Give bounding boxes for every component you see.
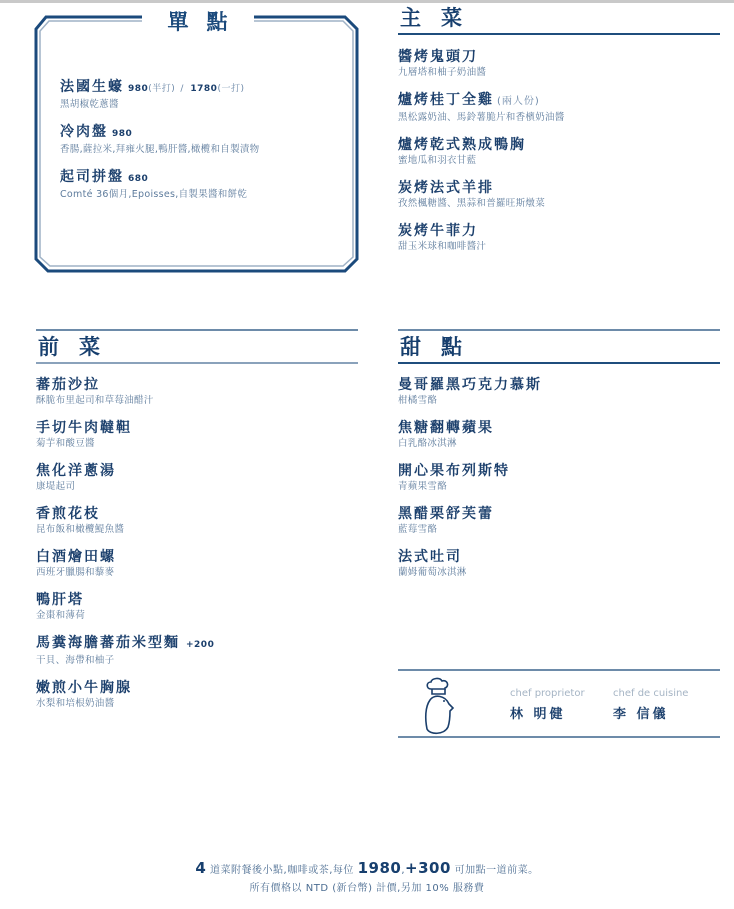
chef-proprietor: chef proprietor 林 明健 [510, 687, 585, 722]
item-desc: 昆布飯和橄欖鯷魚醬 [36, 523, 358, 536]
menu-item: 馬糞海膽蕃茄米型麵+200 干貝、海帶和柚子 [36, 634, 358, 667]
item-name: 炭烤牛菲力 [398, 222, 720, 240]
item-portion: (兩人份) [497, 96, 540, 107]
course-count: 4 [195, 859, 206, 877]
item-desc: 水梨和培根奶油醬 [36, 697, 358, 710]
item-desc: 干貝、海帶和柚子 [36, 654, 358, 667]
alacarte-items: 法國生蠔980(半打)/1780(一打) 黑胡椒乾蔥醬 冷肉盤980 香腸,薩拉… [60, 78, 259, 213]
item-name: 法國生蠔 [60, 79, 124, 95]
item-name: 炭烤法式羊排 [398, 179, 720, 197]
chef-icon [420, 677, 460, 735]
chef-credits: chef proprietor 林 明健 chef de cuisine 李 信… [398, 669, 720, 738]
item-name: 醬烤鬼頭刀 [398, 48, 720, 66]
menu-item: 開心果布列斯特 青蘋果雪酪 [398, 462, 720, 493]
menu-item: 法式吐司 蘭姆葡萄冰淇淋 [398, 548, 720, 579]
item-note-half: (半打) [148, 84, 175, 94]
menu-item: 醬烤鬼頭刀 九層塔和柚子奶油醬 [398, 48, 720, 79]
alacarte-box: 單點 法國生蠔980(半打)/1780(一打) 黑胡椒乾蔥醬 冷肉盤980 香腸… [34, 15, 359, 273]
menu-item: 白酒燴田螺 西班牙臘腸和藜麥 [36, 548, 358, 579]
menu-item: 炭烤法式羊排 孜然楓糖醬、黑蒜和普羅旺斯燉菜 [398, 179, 720, 210]
chef-role: chef proprietor [510, 687, 585, 700]
menu-item: 爐烤桂丁全雞(兩人份) 黑松露奶油、馬鈴薯脆片和香檳奶油醬 [398, 91, 720, 124]
menu-item: 手切牛肉韃靼 菊芋和酸豆醬 [36, 419, 358, 450]
item-name: 曼哥羅黑巧克力慕斯 [398, 376, 720, 394]
item-desc: 香腸,薩拉米,拜雍火腿,鴨肝醬,橄欖和自製漬物 [60, 143, 259, 156]
item-price: +200 [186, 640, 214, 650]
item-name: 黑醋栗舒芙蕾 [398, 505, 720, 523]
item-desc: 酥脆布里起司和草莓油醋汁 [36, 394, 358, 407]
section-rule [36, 362, 358, 364]
menu-item: 法國生蠔980(半打)/1780(一打) 黑胡椒乾蔥醬 [60, 78, 259, 111]
item-desc: Comté 36個月,Epoisses,自製果醬和餅乾 [60, 188, 259, 201]
chef-role: chef de cuisine [613, 687, 688, 700]
item-name: 白酒燴田螺 [36, 548, 358, 566]
chef-de-cuisine: chef de cuisine 李 信儀 [613, 687, 688, 722]
item-name: 鴨肝塔 [36, 591, 358, 609]
item-price-dozen: 1780 [190, 84, 217, 94]
menu-item: 曼哥羅黑巧克力慕斯 柑橘雪酪 [398, 376, 720, 407]
item-desc: 蜜地瓜和羽衣甘藍 [398, 154, 720, 167]
item-name: 起司拼盤 [60, 169, 124, 185]
menu-item: 冷肉盤980 香腸,薩拉米,拜雍火腿,鴨肝醬,橄欖和自製漬物 [60, 123, 259, 156]
item-desc: 西班牙臘腸和藜麥 [36, 566, 358, 579]
menu-item: 香煎花枝 昆布飯和橄欖鯷魚醬 [36, 505, 358, 536]
item-name: 馬糞海膽蕃茄米型麵 [36, 635, 180, 651]
item-note-dozen: (一打) [217, 84, 244, 94]
item-desc: 黑胡椒乾蔥醬 [60, 98, 259, 111]
item-desc: 藍莓雪酪 [398, 523, 720, 536]
item-desc: 菊芋和酸豆醬 [36, 437, 358, 450]
item-desc: 白乳酪冰淇淋 [398, 437, 720, 450]
item-desc: 九層塔和柚子奶油醬 [398, 66, 720, 79]
section-rule-top [36, 329, 358, 331]
section-title: 前菜 [36, 334, 358, 360]
section-title: 主菜 [398, 5, 720, 31]
menu-item: 嫩煎小牛胸腺 水梨和培根奶油醬 [36, 679, 358, 710]
footer-text: 可加點一道前菜。 [455, 865, 539, 876]
item-name: 爐烤乾式熟成鴨胸 [398, 136, 720, 154]
chef-name: 林 明健 [510, 703, 585, 722]
section-dessert: 甜點 曼哥羅黑巧克力慕斯 柑橘雪酪 焦糖翻轉蘋果 白乳酪冰淇淋 開心果布列斯特 … [398, 329, 720, 591]
item-name: 冷肉盤 [60, 124, 108, 140]
footer-set-menu: 4 道菜附餐後小點,咖啡或茶,每位 1980,+300 可加點一道前菜。 [0, 858, 734, 881]
item-desc: 柑橘雪酪 [398, 394, 720, 407]
item-name: 法式吐司 [398, 548, 720, 566]
section-title: 甜點 [398, 334, 720, 360]
item-desc: 金棗和薄荷 [36, 609, 358, 622]
item-desc: 黑松露奶油、馬鈴薯脆片和香檳奶油醬 [398, 111, 720, 124]
menu-item: 黑醋栗舒芙蕾 藍莓雪酪 [398, 505, 720, 536]
menu-item: 起司拼盤680 Comté 36個月,Epoisses,自製果醬和餅乾 [60, 168, 259, 201]
menu-item: 焦化洋蔥湯 康堤起司 [36, 462, 358, 493]
section-rule [398, 362, 720, 364]
footer-service-charge: 所有價格以 NTD (新台幣) 計價,另加 10% 服務費 [0, 881, 734, 897]
menu-item: 蕃茄沙拉 酥脆布里起司和草莓油醋汁 [36, 376, 358, 407]
menu-item: 炭烤牛菲力 甜玉米球和咖啡醬汁 [398, 222, 720, 253]
item-price: 680 [128, 174, 148, 184]
item-desc: 孜然楓糖醬、黑蒜和普羅旺斯燉菜 [398, 197, 720, 210]
item-price: 980 [112, 129, 132, 139]
item-name: 香煎花枝 [36, 505, 358, 523]
item-name: 手切牛肉韃靼 [36, 419, 358, 437]
footer-text: 道菜附餐後小點,咖啡或茶,每位 [210, 865, 354, 876]
section-starters: 前菜 蕃茄沙拉 酥脆布里起司和草莓油醋汁 手切牛肉韃靼 菊芋和酸豆醬 焦化洋蔥湯… [36, 329, 358, 722]
item-name: 嫩煎小牛胸腺 [36, 679, 358, 697]
item-name: 焦糖翻轉蘋果 [398, 419, 720, 437]
menu-item: 焦糖翻轉蘋果 白乳酪冰淇淋 [398, 419, 720, 450]
chef-name: 李 信儀 [613, 703, 688, 722]
item-desc: 青蘋果雪酪 [398, 480, 720, 493]
item-name: 開心果布列斯特 [398, 462, 720, 480]
set-price: 1980 [358, 859, 402, 877]
item-name: 焦化洋蔥湯 [36, 462, 358, 480]
top-divider [0, 0, 734, 3]
menu-item: 鴨肝塔 金棗和薄荷 [36, 591, 358, 622]
item-desc: 甜玉米球和咖啡醬汁 [398, 240, 720, 253]
section-rule-top [398, 329, 720, 331]
price-separator: / [180, 84, 185, 94]
item-name: 爐烤桂丁全雞 [398, 92, 494, 108]
alacarte-title: 單點 [34, 6, 359, 36]
item-name: 蕃茄沙拉 [36, 376, 358, 394]
section-rule [398, 33, 720, 35]
extra-price: +300 [405, 859, 451, 877]
item-desc: 康堤起司 [36, 480, 358, 493]
item-price-half: 980 [128, 84, 148, 94]
footer-note: 4 道菜附餐後小點,咖啡或茶,每位 1980,+300 可加點一道前菜。 所有價… [0, 858, 734, 897]
menu-item: 爐烤乾式熟成鴨胸 蜜地瓜和羽衣甘藍 [398, 136, 720, 167]
item-desc: 蘭姆葡萄冰淇淋 [398, 566, 720, 579]
section-main: 主菜 醬烤鬼頭刀 九層塔和柚子奶油醬 爐烤桂丁全雞(兩人份) 黑松露奶油、馬鈴薯… [398, 5, 720, 265]
